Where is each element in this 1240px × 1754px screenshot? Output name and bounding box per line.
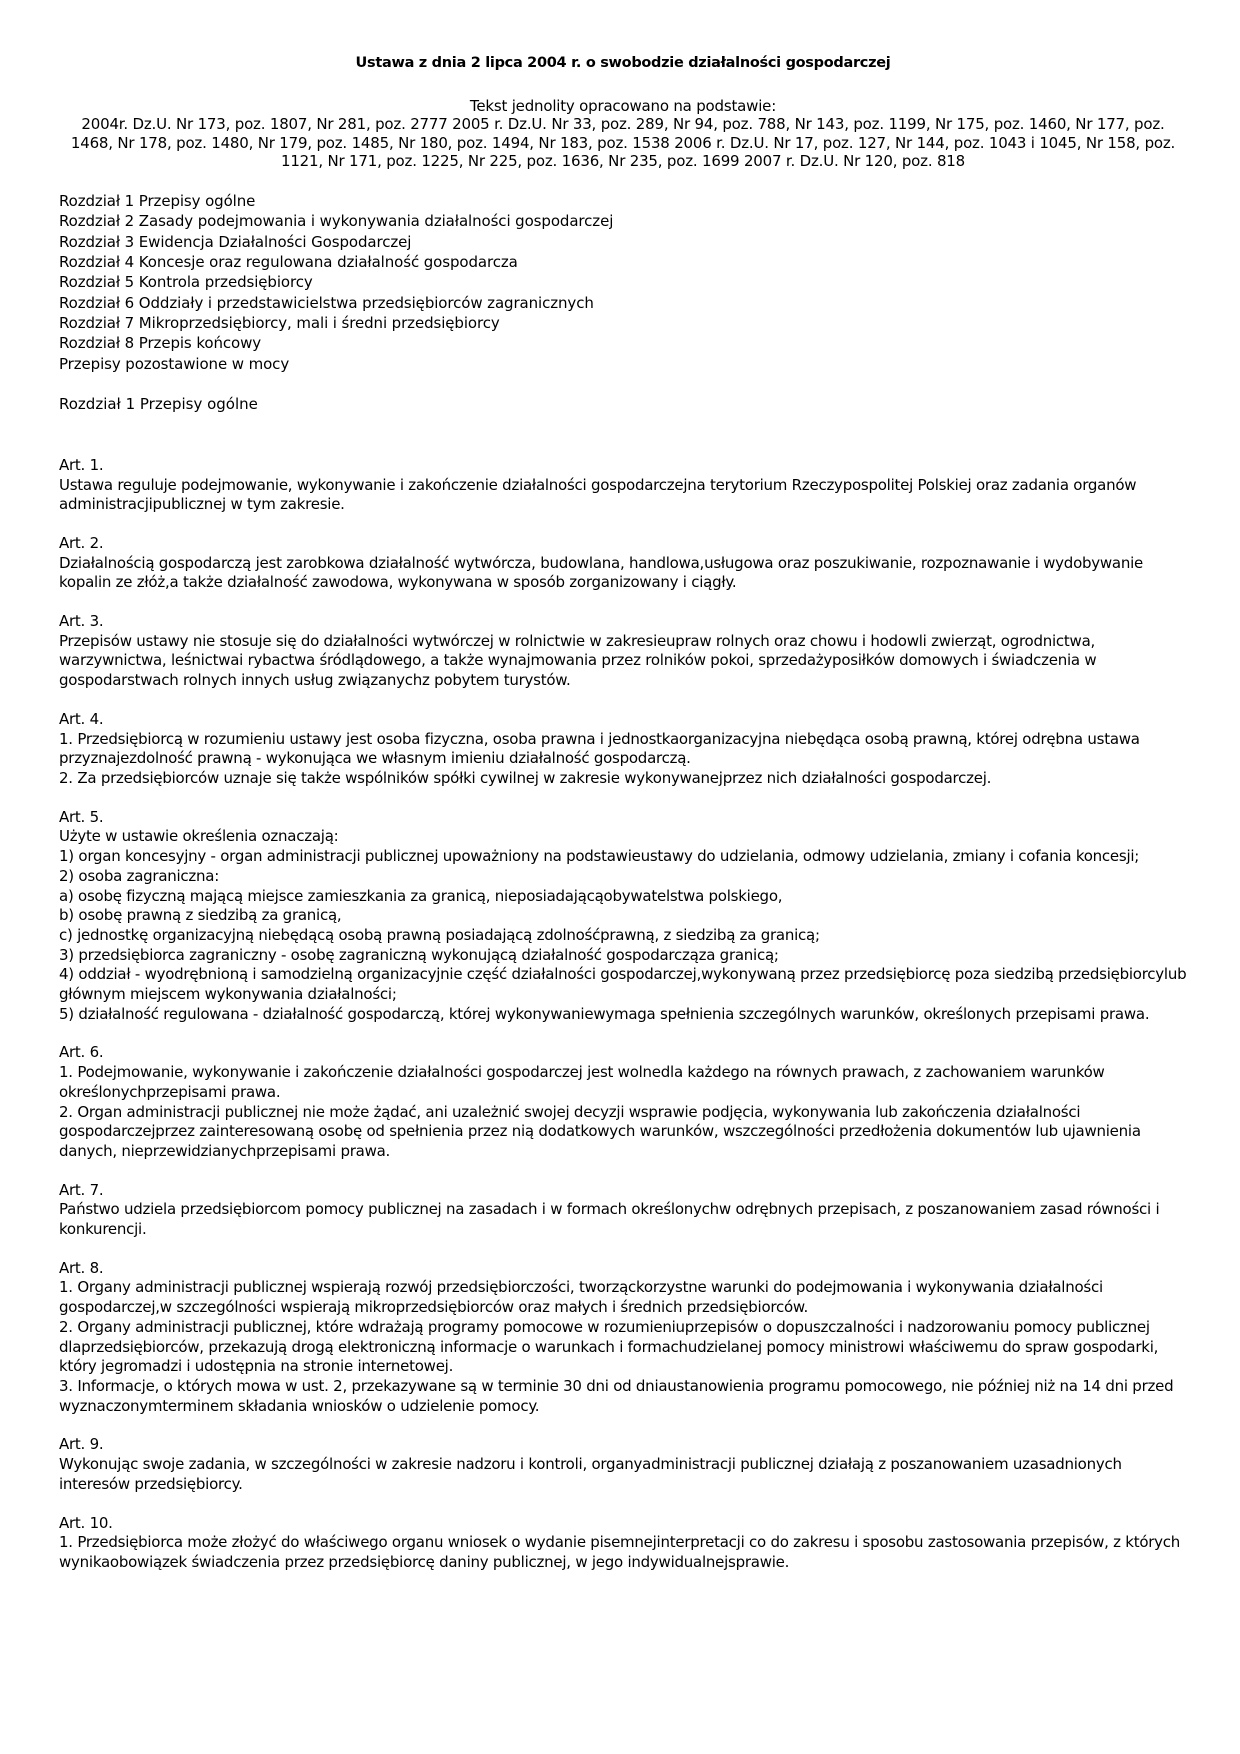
article-label: Art. 9.	[59, 1435, 1187, 1455]
table-of-contents: Rozdział 1 Przepisy ogólneRozdział 2 Zas…	[59, 191, 1187, 374]
article: Art. 4.1. Przedsiębiorcą w rozumieniu us…	[59, 710, 1187, 789]
article-paragraph: b) osobę prawną z siedzibą za granicą,	[59, 906, 1187, 926]
article-paragraph: Przepisów ustawy nie stosuje się do dzia…	[59, 632, 1187, 691]
chapter-heading: Rozdział 1 Przepisy ogólne	[59, 394, 1187, 456]
article: Art. 6.1. Podejmowanie, wykonywanie i za…	[59, 1043, 1187, 1161]
article-paragraph: 2) osoba zagraniczna:	[59, 867, 1187, 887]
article-label: Art. 5.	[59, 808, 1187, 828]
toc-item: Rozdział 7 Mikroprzedsiębiorcy, mali i ś…	[59, 313, 1187, 333]
article: Art. 5.Użyte w ustawie określenia oznacz…	[59, 808, 1187, 1025]
article-label: Art. 4.	[59, 710, 1187, 730]
article: Art. 1.Ustawa reguluje podejmowanie, wyk…	[59, 456, 1187, 515]
article-label: Art. 2.	[59, 534, 1187, 554]
article-paragraph: Użyte w ustawie określenia oznaczają:	[59, 827, 1187, 847]
article: Art. 2.Działalnością gospodarczą jest za…	[59, 534, 1187, 593]
article-paragraph: 1. Organy administracji publicznej wspie…	[59, 1278, 1187, 1317]
article-paragraph: 5) działalność regulowana - działalność …	[59, 1005, 1187, 1025]
article-paragraph: 2. Za przedsiębiorców uznaje się także w…	[59, 769, 1187, 789]
article: Art. 10.1. Przedsiębiorca może złożyć do…	[59, 1514, 1187, 1573]
article-paragraph: 1. Podejmowanie, wykonywanie i zakończen…	[59, 1063, 1187, 1102]
article-paragraph: 2. Organ administracji publicznej nie mo…	[59, 1103, 1187, 1162]
document-title: Ustawa z dnia 2 lipca 2004 r. o swobodzi…	[59, 0, 1187, 72]
document-page: Ustawa z dnia 2 lipca 2004 r. o swobodzi…	[0, 0, 1240, 1573]
article-paragraph: 3) przedsiębiorca zagraniczny - osobę za…	[59, 946, 1187, 966]
article-paragraph: 2. Organy administracji publicznej, któr…	[59, 1318, 1187, 1377]
article: Art. 9.Wykonując swoje zadania, w szczeg…	[59, 1435, 1187, 1494]
toc-item: Rozdział 4 Koncesje oraz regulowana dzia…	[59, 252, 1187, 272]
articles-list: Art. 1.Ustawa reguluje podejmowanie, wyk…	[59, 456, 1187, 1573]
toc-item: Rozdział 5 Kontrola przedsiębiorcy	[59, 272, 1187, 292]
consolidated-text-basis: Tekst jednolity opracowano na podstawie:…	[59, 97, 1187, 170]
toc-item: Rozdział 1 Przepisy ogólne	[59, 191, 1187, 211]
toc-item: Przepisy pozostawione w mocy	[59, 354, 1187, 374]
toc-item: Rozdział 8 Przepis końcowy	[59, 333, 1187, 353]
article: Art. 3.Przepisów ustawy nie stosuje się …	[59, 612, 1187, 691]
article-paragraph: Wykonując swoje zadania, w szczególności…	[59, 1455, 1187, 1494]
article-paragraph: Ustawa reguluje podejmowanie, wykonywani…	[59, 476, 1187, 515]
article-label: Art. 1.	[59, 456, 1187, 476]
toc-item: Rozdział 3 Ewidencja Działalności Gospod…	[59, 232, 1187, 252]
toc-item: Rozdział 2 Zasady podejmowania i wykonyw…	[59, 211, 1187, 231]
article-paragraph: c) jednostkę organizacyjną niebędącą oso…	[59, 926, 1187, 946]
article-paragraph: Państwo udziela przedsiębiorcom pomocy p…	[59, 1200, 1187, 1239]
article-label: Art. 10.	[59, 1514, 1187, 1534]
article-paragraph: 4) oddział - wyodrębnioną i samodzielną …	[59, 965, 1187, 1004]
toc-item: Rozdział 6 Oddziały i przedstawicielstwa…	[59, 293, 1187, 313]
basis-citations: 2004r. Dz.U. Nr 173, poz. 1807, Nr 281, …	[59, 115, 1187, 170]
article-label: Art. 7.	[59, 1181, 1187, 1201]
basis-heading: Tekst jednolity opracowano na podstawie:	[59, 97, 1187, 115]
article-paragraph: 1. Przedsiębiorcą w rozumieniu ustawy je…	[59, 730, 1187, 769]
article-paragraph: Działalnością gospodarczą jest zarobkowa…	[59, 554, 1187, 593]
article-label: Art. 8.	[59, 1259, 1187, 1279]
article: Art. 7.Państwo udziela przedsiębiorcom p…	[59, 1181, 1187, 1240]
article-paragraph: a) osobę fizyczną mającą miejsce zamiesz…	[59, 887, 1187, 907]
article-paragraph: 3. Informacje, o których mowa w ust. 2, …	[59, 1377, 1187, 1416]
article-paragraph: 1) organ koncesyjny - organ administracj…	[59, 847, 1187, 867]
article-label: Art. 3.	[59, 612, 1187, 632]
article-label: Art. 6.	[59, 1043, 1187, 1063]
article: Art. 8.1. Organy administracji publiczne…	[59, 1259, 1187, 1417]
article-paragraph: 1. Przedsiębiorca może złożyć do właściw…	[59, 1533, 1187, 1572]
